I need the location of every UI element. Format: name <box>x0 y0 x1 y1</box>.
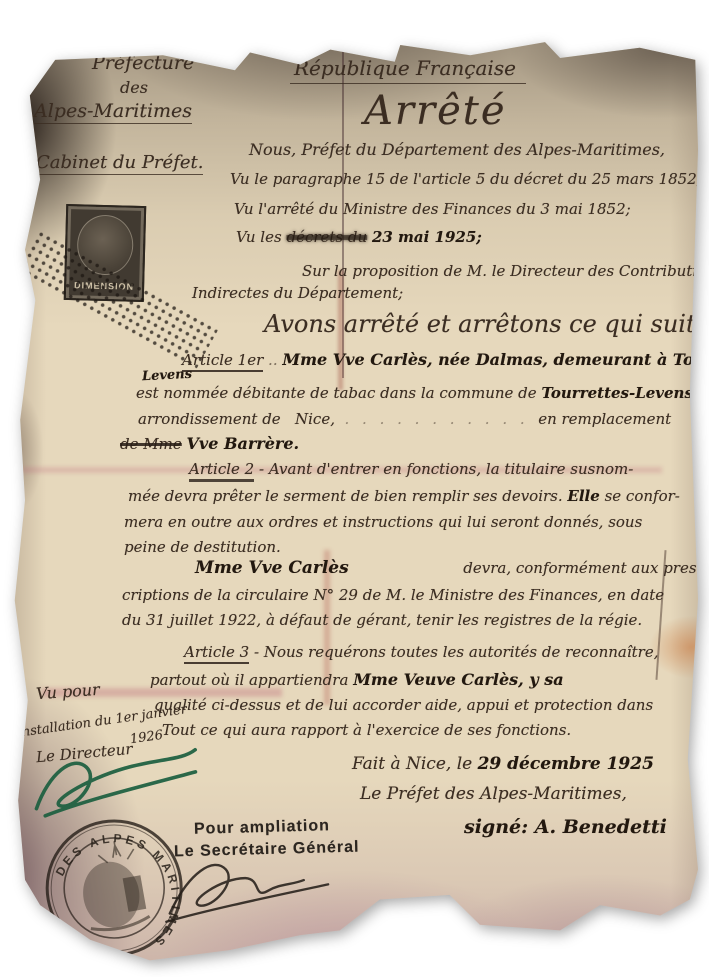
article3-line1: Article 3 - Nous requérons toutes les au… <box>184 643 659 661</box>
margin-note-vu-pour: Vu pour <box>35 680 100 703</box>
preamble-decide: Avons arrêté et arrêtons ce qui suit = <box>264 310 709 338</box>
article3-line2: partout où il appartiendra Mme Veuve Car… <box>150 670 564 689</box>
article1-line1: Article 1er .. Mme Vve Carlès, née Dalma… <box>182 350 709 369</box>
closing-prefet: Le Préfet des Alpes-Maritimes, <box>360 784 627 804</box>
decree-title: Arrêté <box>364 88 507 134</box>
preamble-sur1: Sur la proposition de M. le Directeur de… <box>302 262 709 280</box>
article2-line1: Article 2 - Avant d'entrer en fonctions,… <box>189 460 633 478</box>
prefecture-seal: DES ALPES MARITIMES <box>28 800 200 973</box>
preamble-vu1: Vu le paragraphe 15 de l'article 5 du dé… <box>230 170 702 188</box>
preamble-nous: Nous, Préfet du Département des Alpes-Ma… <box>249 140 665 159</box>
closing-fait: Fait à Nice, le 29 décembre 1925 <box>352 754 654 774</box>
clause-line2: criptions de la circulaire N° 29 de M. l… <box>122 586 664 604</box>
clause-line1: Mme Vve Carlès devra, conformément aux p… <box>195 558 702 578</box>
paper-sheet: Préfecture des Alpes-Maritimes Cabinet d… <box>12 30 698 965</box>
letterhead-cabinet: Cabinet du Préfet. <box>36 152 203 173</box>
republic-title: République Française <box>290 56 526 80</box>
article3-line3: qualité ci-dessus et de lui accorder aid… <box>154 696 653 714</box>
article3-line4: Tout ce qui aura rapport à l'exercice de… <box>162 721 571 739</box>
preamble-sur2: Indirectes du Département; <box>192 284 403 302</box>
letterhead-des: des <box>120 78 148 97</box>
scanned-document-canvas: Préfecture des Alpes-Maritimes Cabinet d… <box>0 0 709 977</box>
article2-line3: mera en outre aux ordres et instructions… <box>124 513 642 531</box>
letterhead-prefecture: Préfecture <box>92 52 194 74</box>
article1-line2: est nommée débitante de tabac dans la co… <box>136 384 698 402</box>
ampliation-label: Pour ampliation <box>194 817 330 839</box>
article1-line4: de Mme Vve Barrère. <box>120 434 299 453</box>
letterhead-alpes-maritimes: Alpes-Maritimes <box>34 100 192 122</box>
preamble-vu3: Vu les décrets du 23 mai 1925; <box>236 228 482 246</box>
preamble-vu2: Vu l'arrêté du Ministre des Finances du … <box>234 200 631 218</box>
aged-paper-background: Préfecture des Alpes-Maritimes Cabinet d… <box>12 30 698 965</box>
article2-line2: mée devra prêter le serment de bien remp… <box>128 487 680 505</box>
article2-line4: peine de destitution. <box>124 538 281 556</box>
article1-insert-levens: Levens <box>142 367 193 385</box>
clause-line3: du 31 juillet 1922, à défaut de gérant, … <box>122 611 642 629</box>
closing-signe: signé: A. Benedetti <box>464 816 667 838</box>
article1-line3: arrondissement de Nice, . . . . . . . . … <box>138 410 671 428</box>
